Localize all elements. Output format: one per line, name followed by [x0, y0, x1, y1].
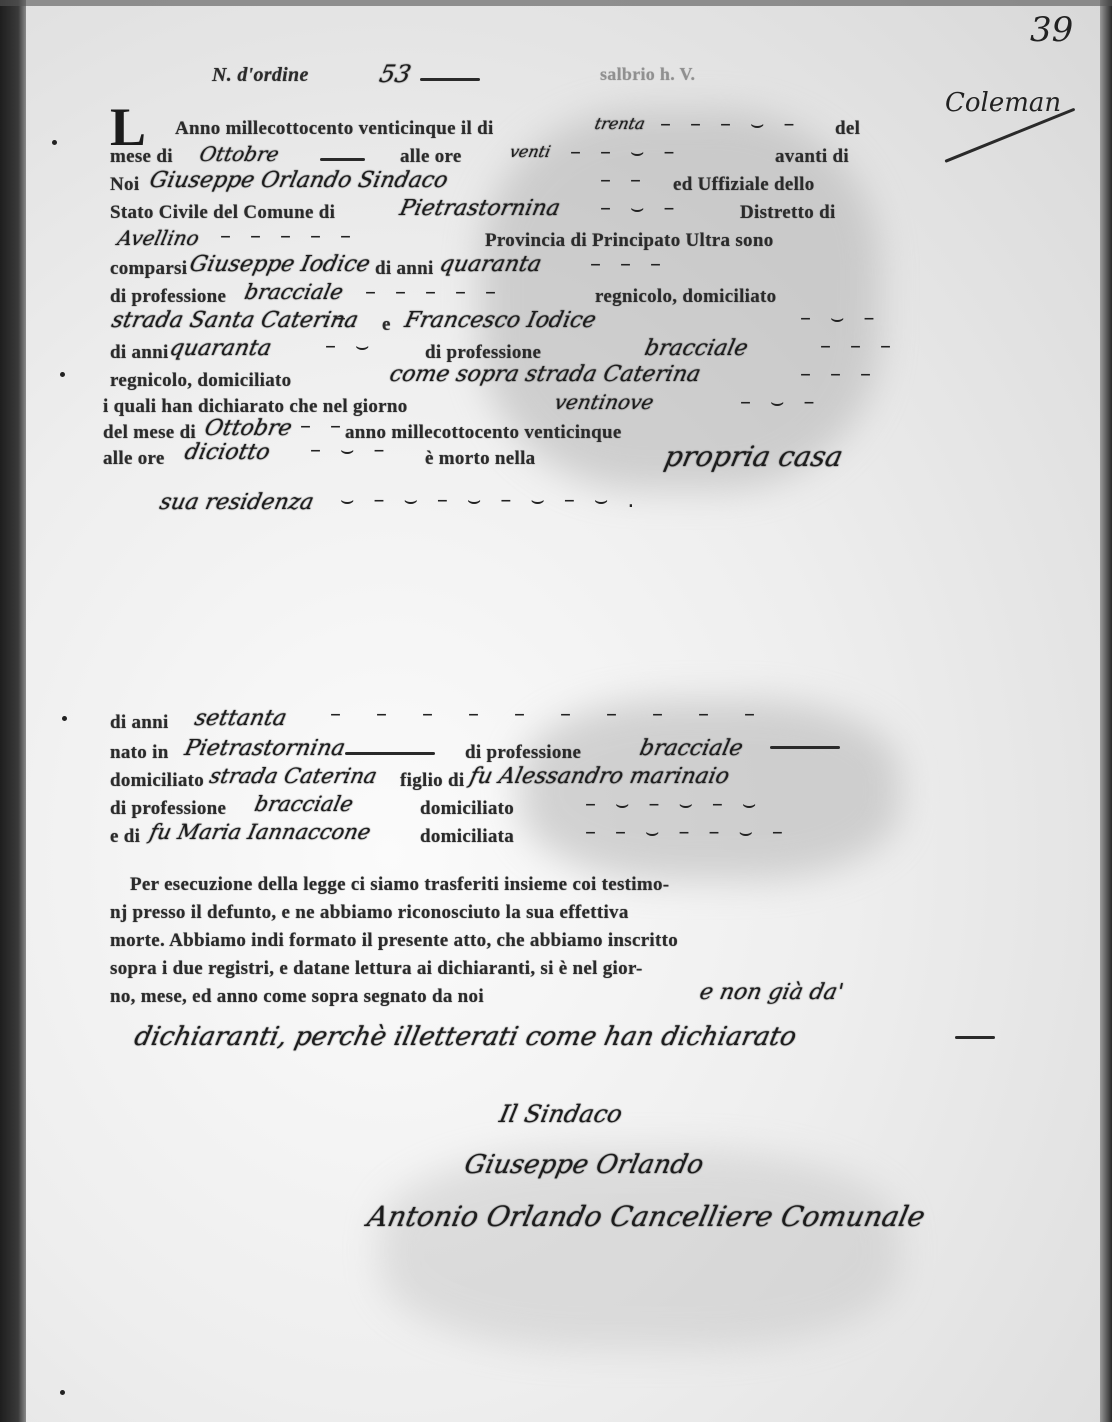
handwritten-entry: Giuseppe Orlando Sindaco [147, 168, 450, 193]
handwritten-entry: Ottobre [202, 416, 294, 441]
printed-line: alle ore [103, 448, 165, 470]
handwritten-entry: ventinove [552, 390, 656, 414]
margin-dot [60, 372, 65, 377]
printed-line: avanti di [775, 146, 849, 168]
dash-stroke [345, 752, 435, 755]
handwritten-entry: Francesco Iodice [402, 308, 598, 333]
signature: Giuseppe Orlando [462, 1150, 706, 1180]
handwritten-entry: Ottobre [197, 142, 281, 166]
printed-line: e di [110, 826, 140, 848]
printed-line: regnicolo, domiciliato [595, 286, 776, 308]
bleed-through-smudge [520, 700, 900, 880]
handwritten-entry: e non già da' [697, 980, 845, 1005]
printed-line: Distretto di [740, 202, 836, 224]
margin-dot [60, 1390, 65, 1395]
printed-line: di professione [465, 742, 581, 764]
printed-line: Anno millecottocento venticinque il di [175, 118, 494, 140]
signature: Antonio Orlando Cancelliere Comunale [364, 1200, 928, 1233]
page-number: 39 [1030, 10, 1073, 50]
printed-line: alle ore [400, 146, 462, 168]
printed-line: ed Uffiziale dello [673, 174, 815, 196]
handwritten-entry: trenta [593, 114, 647, 133]
document-scan: N. d'ordine 53 salbrio h. V. 39 Coleman … [0, 0, 1112, 1422]
handwritten-entry: Giuseppe Iodice [187, 252, 372, 277]
handwritten-entry: strada Santa Caterina [109, 308, 360, 333]
handwritten-entry: Avellino [115, 226, 201, 250]
handwritten-entry: bracciale [642, 336, 750, 361]
handwritten-entry: diciotto [182, 440, 272, 465]
top-faint-text: salbrio h. V. [600, 64, 695, 85]
handwritten-entry: venti [508, 142, 552, 161]
handwritten-entry: fu Maria Iannaccone [147, 820, 373, 844]
printed-line: di professione [110, 798, 226, 820]
bleed-through-smudge [380, 1150, 900, 1350]
printed-line: Per esecuzione della legge ci siamo tras… [130, 874, 669, 896]
handwritten-entry: sua residenza [157, 490, 316, 515]
scan-border-top [0, 0, 1112, 6]
printed-line: no, mese, ed anno come sopra segnato da … [110, 986, 484, 1008]
handwritten-entry: fu Alessandro marinaio [467, 764, 731, 789]
scan-border-left [0, 0, 26, 1422]
handwritten-entry: quaranta [437, 252, 543, 277]
handwritten-entry: dichiaranti, perchè illetterati come han… [132, 1022, 799, 1052]
printed-line: Provincia di Principato Ultra sono [485, 230, 774, 252]
order-label: N. d'ordine [212, 64, 309, 87]
handwritten-entry: strada Caterina [207, 764, 379, 788]
handwritten-entry: bracciale [637, 736, 745, 761]
margin-dot [52, 140, 57, 145]
handwritten-entry: quaranta [167, 336, 273, 361]
scan-border-right [1100, 0, 1112, 1422]
printed-line: domiciliata [420, 826, 514, 848]
handwritten-entry: Pietrastornina [397, 196, 562, 221]
dash-stroke [770, 746, 840, 749]
printed-line: di anni [375, 258, 434, 280]
printed-line: regnicolo, domiciliato [110, 370, 291, 392]
printed-line: Noi [110, 174, 139, 196]
printed-line: del mese di [103, 422, 196, 444]
printed-line: morte. Abbiamo indi formato il presente … [110, 930, 678, 952]
printed-line: di anni [110, 712, 169, 734]
dash-stroke [320, 158, 365, 161]
order-number: 53 [377, 60, 413, 88]
signature-title: Il Sindaco [497, 1100, 625, 1128]
printed-line: i quali han dichiarato che nel giorno [103, 396, 408, 418]
printed-line: figlio di [400, 770, 464, 792]
printed-line: di anni [110, 342, 169, 364]
dash-stroke [955, 1036, 995, 1039]
printed-line: domiciliato [110, 770, 204, 792]
printed-line: sopra i due registri, e datane lettura a… [110, 958, 643, 980]
printed-line: è morto nella [425, 448, 535, 470]
handwritten-entry: come sopra strada Caterina [387, 362, 703, 387]
handwritten-entry: propria casa [661, 440, 845, 473]
margin-name: Coleman [945, 88, 1061, 118]
handwritten-entry: bracciale [252, 792, 355, 816]
printed-line: mese di [110, 146, 173, 168]
printed-line: di professione [110, 286, 226, 308]
handwritten-entry: settanta [192, 706, 289, 731]
printed-line: Stato Civile del Comune di [110, 202, 335, 224]
handwritten-entry: Pietrastornina [182, 736, 347, 761]
handwritten-entry: bracciale [242, 280, 345, 304]
printed-line: comparsi [110, 258, 187, 280]
printed-line: nato in [110, 742, 169, 764]
printed-line: domiciliato [420, 798, 514, 820]
printed-line: di professione [425, 342, 541, 364]
printed-line: e [382, 314, 391, 336]
underline-stroke [420, 78, 480, 81]
margin-dot [62, 716, 67, 721]
printed-line: nj presso il defunto, e ne abbiamo ricon… [110, 902, 629, 924]
